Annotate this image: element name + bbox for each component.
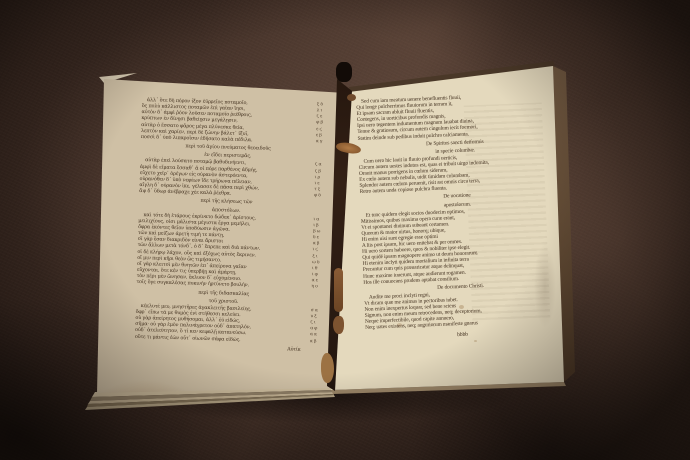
photograph-of-open-book: ἀλλ᾽ ὅτε δὴ πόρον ἷξον ἐϋρρεῖος ποταμοῖο… <box>0 0 690 460</box>
vignette <box>0 0 690 460</box>
